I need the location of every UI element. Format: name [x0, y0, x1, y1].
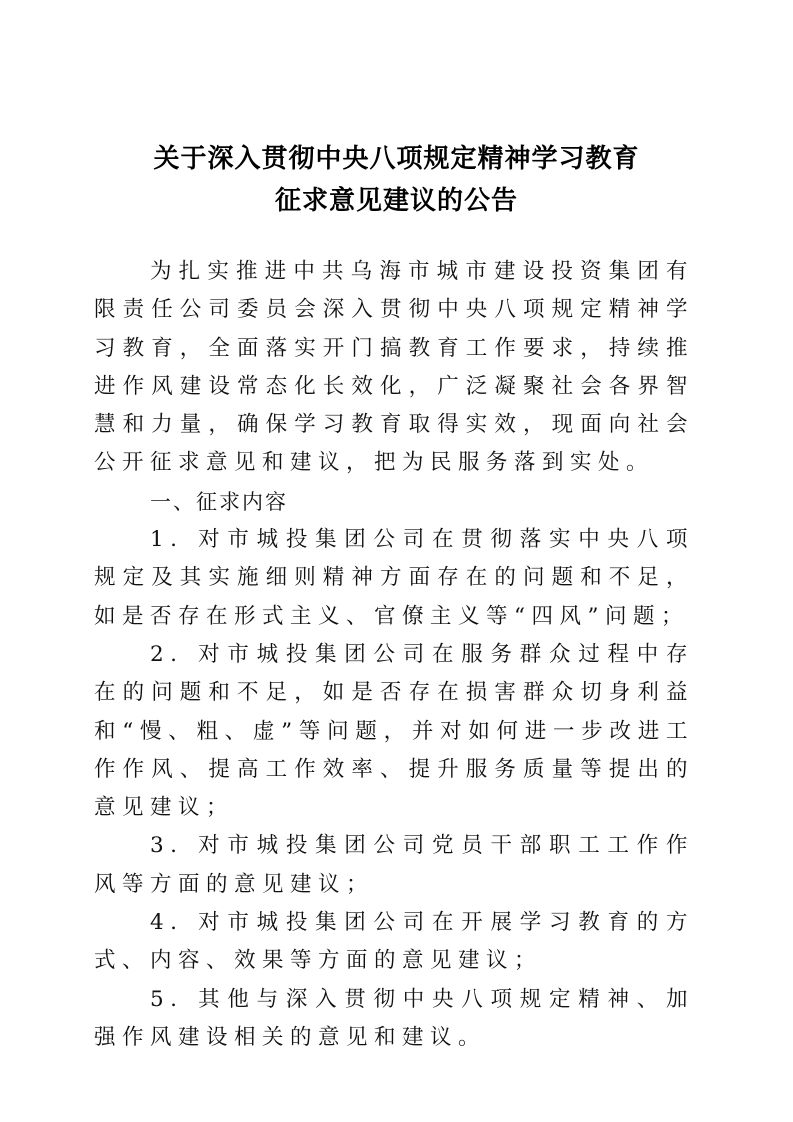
list-item-3: 3. 对市城投集团公司党员干部职工工作作风等方面的意见建议；: [94, 827, 694, 904]
document-body: 为扎实推进中共乌海市城市建设投资集团有限责任公司委员会深入贯彻中央八项规定精神学…: [94, 253, 694, 1057]
list-item-2: 2. 对市城投集团公司在服务群众过程中存在的问题和不足，如是否存在损害群众切身利…: [94, 636, 694, 827]
title-line-1: 关于深入贯彻中央八项规定精神学习教育: [0, 138, 793, 180]
document-title: 关于深入贯彻中央八项规定精神学习教育 征求意见建议的公告: [0, 138, 793, 222]
title-line-2: 征求意见建议的公告: [0, 180, 793, 222]
section-heading: 一、征求内容: [94, 483, 694, 521]
list-item-4: 4. 对市城投集团公司在开展学习教育的方式、内容、效果等方面的意见建议；: [94, 904, 694, 981]
intro-paragraph: 为扎实推进中共乌海市城市建设投资集团有限责任公司委员会深入贯彻中央八项规定精神学…: [94, 253, 694, 483]
document-page: 关于深入贯彻中央八项规定精神学习教育 征求意见建议的公告 为扎实推进中共乌海市城…: [0, 0, 793, 1122]
list-item-1: 1. 对市城投集团公司在贯彻落实中央八项规定及其实施细则精神方面存在的问题和不足…: [94, 521, 694, 636]
list-item-5: 5. 其他与深入贯彻中央八项规定精神、加强作风建设相关的意见和建议。: [94, 981, 694, 1058]
